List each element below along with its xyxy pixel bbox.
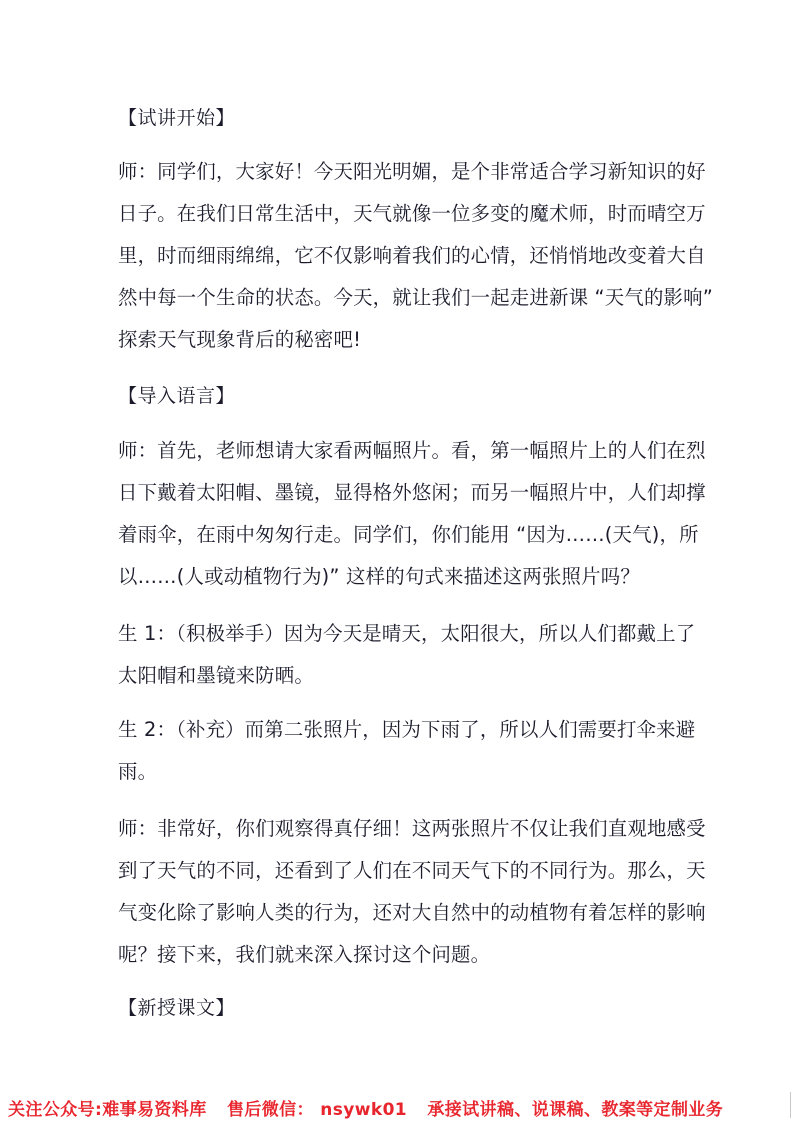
text-line: 到了天气的不同，还看到了人们在不同天气下的不同行为。那么，天 <box>118 850 680 892</box>
text-line: 师：非常好，你们观察得真仔细！这两张照片不仅让我们直观地感受 <box>118 808 680 850</box>
text-line: 探索天气现象背后的秘密吧! <box>118 319 680 361</box>
footer-account-text: 关注公众号:难事易资料库 <box>8 1100 207 1120</box>
footer-service-text: 承接试讲稿、说课稿、教案等定制业务 <box>427 1100 723 1120</box>
text-line: 然中每一个生命的状态。今天，就让我们一起走进新课 “天气的影响” <box>118 277 680 319</box>
text-line: 着雨伞，在雨中匆匆行走。同学们，你们能用 “因为……(天气)，所 <box>118 514 680 556</box>
text-line: 师：同学们，大家好！今天阳光明媚，是个非常适合学习新知识的好 <box>118 151 680 193</box>
text-line: 气变化除了影响人类的行为，还对大自然中的动植物有着怎样的影响 <box>118 892 680 934</box>
text-line: 师：首先，老师想请大家看两幅照片。看，第一幅照片上的人们在烈 <box>118 430 680 472</box>
text-line: 生 2：（补充）而第二张照片，因为下雨了，所以人们需要打伞来避 <box>118 709 680 751</box>
paragraph-teacher-photos: 师：首先，老师想请大家看两幅照片。看，第一幅照片上的人们在烈 日下戴着太阳帽、墨… <box>118 430 680 598</box>
text-line: 日子。在我们日常生活中，天气就像一位多变的魔术师，时而晴空万 <box>118 193 680 235</box>
section-heading-intro: 【导入语言】 <box>118 384 235 408</box>
section-heading-new-lesson: 【新授课文】 <box>118 996 235 1020</box>
paragraph-student-1: 生 1：（积极举手）因为今天是晴天，太阳很大，所以人们都戴上了 太阳帽和墨镜来防… <box>118 613 680 697</box>
section-heading-lecture-start: 【试讲开始】 <box>118 106 235 130</box>
text-line: 生 1：（积极举手）因为今天是晴天，太阳很大，所以人们都戴上了 <box>118 613 680 655</box>
text-line: 呢？接下来，我们就来深入探讨这个问题。 <box>118 934 680 976</box>
paragraph-teacher-greeting: 师：同学们，大家好！今天阳光明媚，是个非常适合学习新知识的好 日子。在我们日常生… <box>118 151 680 361</box>
footer-promo-banner: 关注公众号:难事易资料库 售后微信： nsywk01 承接试讲稿、说课稿、教案等… <box>8 1095 737 1120</box>
page-edge-divider <box>790 1092 791 1118</box>
text-line: 里，时而细雨绵绵，它不仅影响着我们的心情，还悄悄地改变着大自 <box>118 235 680 277</box>
text-line: 以……(人或动植物行为)” 这样的句式来描述这两张照片吗？ <box>118 556 680 598</box>
text-line: 太阳帽和墨镜来防晒。 <box>118 655 680 697</box>
footer-wechat-text: 售后微信： nsywk01 <box>227 1100 407 1120</box>
text-line: 日下戴着太阳帽、墨镜，显得格外悠闲；而另一幅照片中，人们却撑 <box>118 472 680 514</box>
paragraph-teacher-praise: 师：非常好，你们观察得真仔细！这两张照片不仅让我们直观地感受 到了天气的不同，还… <box>118 808 680 976</box>
text-line: 雨。 <box>118 751 680 793</box>
paragraph-student-2: 生 2：（补充）而第二张照片，因为下雨了，所以人们需要打伞来避 雨。 <box>118 709 680 793</box>
